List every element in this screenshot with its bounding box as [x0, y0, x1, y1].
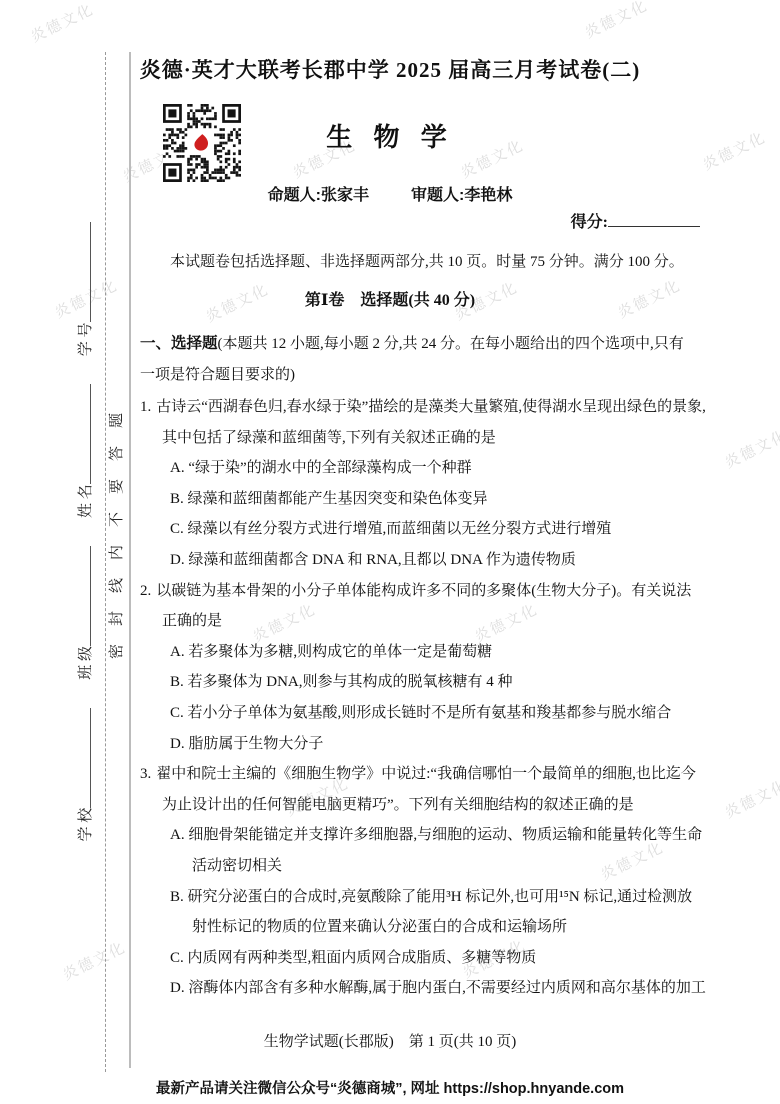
question-2-stem: 2.以碳链为基本骨架的小分子单体能构成许多不同的多聚体(生物大分子)。有关说法正… [140, 576, 706, 637]
question-2-option-d: D. 脂肪属于生物大分子 [170, 729, 706, 760]
section-title: 第Ⅰ卷 选择题(共 40 分) [0, 289, 780, 313]
exam-summary: 本试题卷包括选择题、非选择题两部分,共 10 页。时量 75 分钟。满分 100… [140, 247, 706, 278]
part-label: 一、选择题 [140, 335, 218, 352]
question-1-stem: 1.古诗云“西湖春色归,春水绿于染”描绘的是藻类大量繁殖,使得湖水呈现出绿色的景… [140, 392, 706, 453]
school-blank-line [77, 708, 91, 808]
promo-footer: 最新产品请关注微信公众号“炎德商城”, 网址 https://shop.hnya… [0, 1078, 780, 1100]
question-1-option-c: C. 绿藻以有丝分裂方式进行增殖,而蓝细菌以无丝分裂方式进行增殖 [170, 514, 706, 545]
part-instruction: 一、选择题(本题共 12 小题,每小题 2 分,共 24 分。在每小题给出的四个… [140, 329, 697, 390]
school-field: 学 校 [74, 708, 95, 842]
question-3-number: 3. [140, 766, 151, 782]
class-label: 班 级 [74, 646, 95, 680]
question-2-option-a: A. 若多聚体为多糖,则构成它的单体一定是葡萄糖 [170, 637, 706, 668]
school-label: 学 校 [74, 808, 95, 842]
name-label: 姓 名 [74, 484, 95, 518]
question-3-stem: 3.翟中和院士主编的《细胞生物学》中说过:“我确信哪怕一个最简单的细胞,也比迄今… [140, 759, 706, 820]
question-3-option-a: A. 细胞骨架能锚定并支撑许多细胞器,与细胞的运动、物质运输和能量转化等生命活动… [170, 820, 706, 881]
question-list: 1.古诗云“西湖春色归,春水绿于染”描绘的是藻类大量繁殖,使得湖水呈现出绿色的景… [140, 392, 706, 1004]
question-3: 3.翟中和院士主编的《细胞生物学》中说过:“我确信哪怕一个最简单的细胞,也比迄今… [140, 759, 706, 1004]
question-2-number: 2. [140, 583, 151, 599]
watermark: 炎德文化 [27, 0, 97, 47]
question-2-text: 以碳链为基本骨架的小分子单体能构成许多不同的多聚体(生物大分子)。有关说法正确的… [156, 583, 691, 630]
question-2: 2.以碳链为基本骨架的小分子单体能构成许多不同的多聚体(生物大分子)。有关说法正… [140, 576, 706, 760]
score-blank-line [608, 210, 700, 227]
question-3-option-d: D. 溶酶体内部含有多种水解酶,属于胞内蛋白,不需要经过内质网和高尔基体的加工 [170, 973, 706, 1004]
question-1: 1.古诗云“西湖春色归,春水绿于染”描绘的是藻类大量繁殖,使得湖水呈现出绿色的景… [140, 392, 706, 576]
question-2-option-c: C. 若小分子单体为氨基酸,则形成长链时不是所有氨基和羧基都参与脱水缩合 [170, 698, 706, 729]
part-note: (本题共 12 小题,每小题 2 分,共 24 分。在每小题给出的四个选项中,只… [140, 336, 684, 383]
name-blank-line [77, 384, 91, 484]
question-1-option-b: B. 绿藻和蓝细菌都能产生基因突变和染色体变异 [170, 484, 706, 515]
question-3-text: 翟中和院士主编的《细胞生物学》中说过:“我确信哪怕一个最简单的细胞,也比迄今为止… [156, 766, 696, 813]
question-2-option-b: B. 若多聚体为 DNA,则参与其构成的脱氧核糖有 4 种 [170, 667, 706, 698]
question-1-option-a: A. “绿于染”的湖水中的全部绿藻构成一个种群 [170, 453, 706, 484]
studentid-label: 学 号 [74, 322, 95, 356]
subject-title: 生 物 学 [0, 120, 780, 154]
class-blank-line [77, 546, 91, 646]
watermark: 炎德文化 [721, 424, 780, 473]
question-3-option-b: B. 研究分泌蛋白的合成时,亮氨酸除了能用³H 标记外,也可用¹⁵N 标记,通过… [170, 882, 706, 943]
name-field: 姓 名 [74, 384, 95, 518]
watermark: 炎德文化 [59, 936, 129, 985]
watermark: 炎德文化 [581, 0, 651, 43]
question-1-option-d: D. 绿藻和蓝细菌都含 DNA 和 RNA,且都以 DNA 作为遗传物质 [170, 545, 706, 576]
score-row: 得分: [140, 210, 700, 235]
question-1-text: 古诗云“西湖春色归,春水绿于染”描绘的是藻类大量繁殖,使得湖水呈现出绿色的景象,… [156, 399, 706, 446]
class-field: 班 级 [74, 546, 95, 680]
seal-warning-text: 密封线内不要答题 [105, 377, 127, 677]
question-1-number: 1. [140, 399, 151, 415]
exam-title: 炎德·英才大联考长郡中学 2025 届高三月考试卷(二) [0, 54, 780, 86]
page-number-footer: 生物学试题(长郡版) 第 1 页(共 10 页) [0, 1030, 780, 1054]
watermark: 炎德文化 [721, 774, 780, 823]
question-3-option-c: C. 内质网有两种类型,粗面内质网合成脂质、多糖等物质 [170, 943, 706, 974]
setter-name: 命题人:张家丰 [268, 187, 369, 204]
setter-reviewer-row: 命题人:张家丰审题人:李艳林 [0, 184, 780, 208]
exam-paper-page: 炎德文化 炎德文化 炎德文化 炎德文化 炎德文化 炎德文化 炎德文化 炎德文化 … [0, 0, 780, 1104]
reviewer-name: 审题人:李艳林 [411, 187, 512, 204]
score-label: 得分: [571, 214, 608, 231]
